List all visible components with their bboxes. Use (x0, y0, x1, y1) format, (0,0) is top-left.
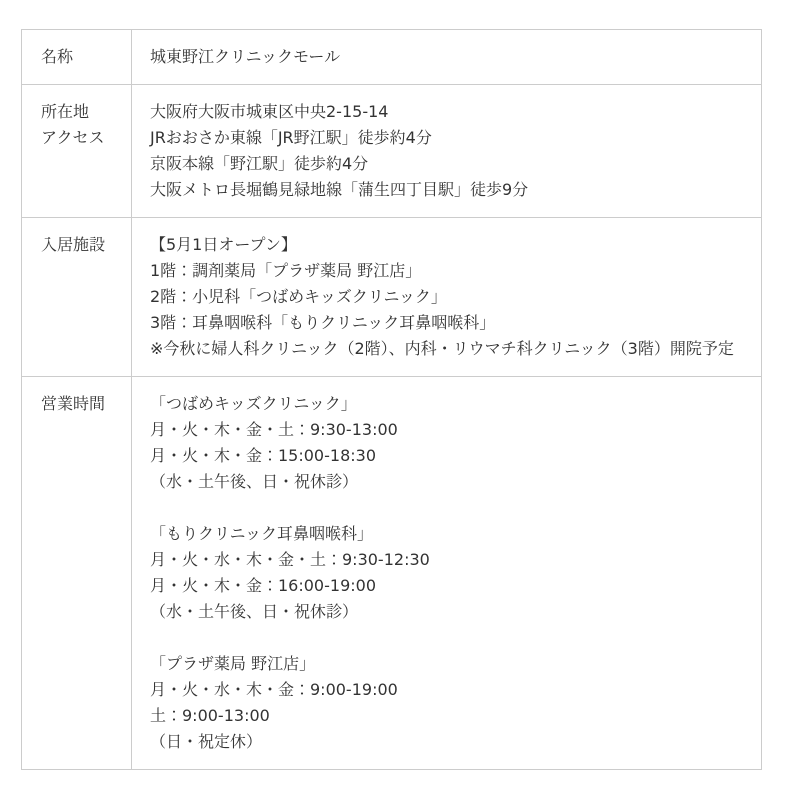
spacer-line (150, 625, 739, 651)
row-content-cell: 城東野江クリニックモール (132, 30, 761, 84)
row-label: アクセス (41, 125, 123, 151)
row-label-cell: 所在地 アクセス (22, 85, 132, 217)
access-line: JRおおさか東線「JR野江駅」徒歩約4分 (150, 125, 739, 151)
tenant-note-line: ※今秋に婦人科クリニック（2階）、内科・リウマチ科クリニック（3階）開院予定 (150, 336, 739, 362)
hours-line: 月・火・木・金・土：9:30-13:00 (150, 417, 739, 443)
row-label: 入居施設 (41, 232, 123, 258)
hours-line: 月・火・水・木・金・土：9:30-12:30 (150, 547, 739, 573)
tenant-line: 2階：小児科「つばめキッズクリニック」 (150, 284, 739, 310)
hours-clinic-name: 「もりクリニック耳鼻咽喉科」 (150, 521, 739, 547)
access-line: 京阪本線「野江駅」徒歩約4分 (150, 151, 739, 177)
hours-line: 土：9:00-13:00 (150, 703, 739, 729)
hours-clinic-name: 「つばめキッズクリニック」 (150, 391, 739, 417)
hours-closed-line: （水・土午後、日・祝休診） (150, 599, 739, 625)
tenant-line: 3階：耳鼻咽喉科「もりクリニック耳鼻咽喉科」 (150, 310, 739, 336)
row-label-cell: 入居施設 (22, 218, 132, 376)
row-label-cell: 営業時間 (22, 377, 132, 769)
hours-closed-line: （日・祝定休） (150, 729, 739, 755)
address-line: 大阪府大阪市城東区中央2-15-14 (150, 99, 739, 125)
row-content-cell: 「つばめキッズクリニック」 月・火・木・金・土：9:30-13:00 月・火・木… (132, 377, 761, 769)
table-row-location-access: 所在地 アクセス 大阪府大阪市城東区中央2-15-14 JRおおさか東線「JR野… (22, 84, 761, 217)
row-label: 名称 (41, 44, 123, 70)
hours-line: 月・火・水・木・金：9:00-19:00 (150, 677, 739, 703)
row-label: 営業時間 (41, 391, 123, 417)
hours-clinic-name: 「プラザ薬局 野江店」 (150, 651, 739, 677)
tenant-line: 1階：調剤薬局「プラザ薬局 野江店」 (150, 258, 739, 284)
facility-name: 城東野江クリニックモール (150, 44, 739, 70)
table-row-name: 名称 城東野江クリニックモール (22, 30, 761, 84)
row-label: 所在地 (41, 99, 123, 125)
open-date-line: 【5月1日オープン】 (150, 232, 739, 258)
row-content-cell: 大阪府大阪市城東区中央2-15-14 JRおおさか東線「JR野江駅」徒歩約4分 … (132, 85, 761, 217)
table-row-hours: 営業時間 「つばめキッズクリニック」 月・火・木・金・土：9:30-13:00 … (22, 376, 761, 769)
hours-closed-line: （水・土午後、日・祝休診） (150, 469, 739, 495)
access-line: 大阪メトロ長堀鶴見緑地線「蒲生四丁目駅」徒歩9分 (150, 177, 739, 203)
clinic-info-table: 名称 城東野江クリニックモール 所在地 アクセス 大阪府大阪市城東区中央2-15… (21, 29, 762, 770)
spacer-line (150, 495, 739, 521)
table-row-tenants: 入居施設 【5月1日オープン】 1階：調剤薬局「プラザ薬局 野江店」 2階：小児… (22, 217, 761, 376)
row-content-cell: 【5月1日オープン】 1階：調剤薬局「プラザ薬局 野江店」 2階：小児科「つばめ… (132, 218, 761, 376)
hours-line: 月・火・木・金：15:00-18:30 (150, 443, 739, 469)
row-label-cell: 名称 (22, 30, 132, 84)
hours-line: 月・火・木・金：16:00-19:00 (150, 573, 739, 599)
